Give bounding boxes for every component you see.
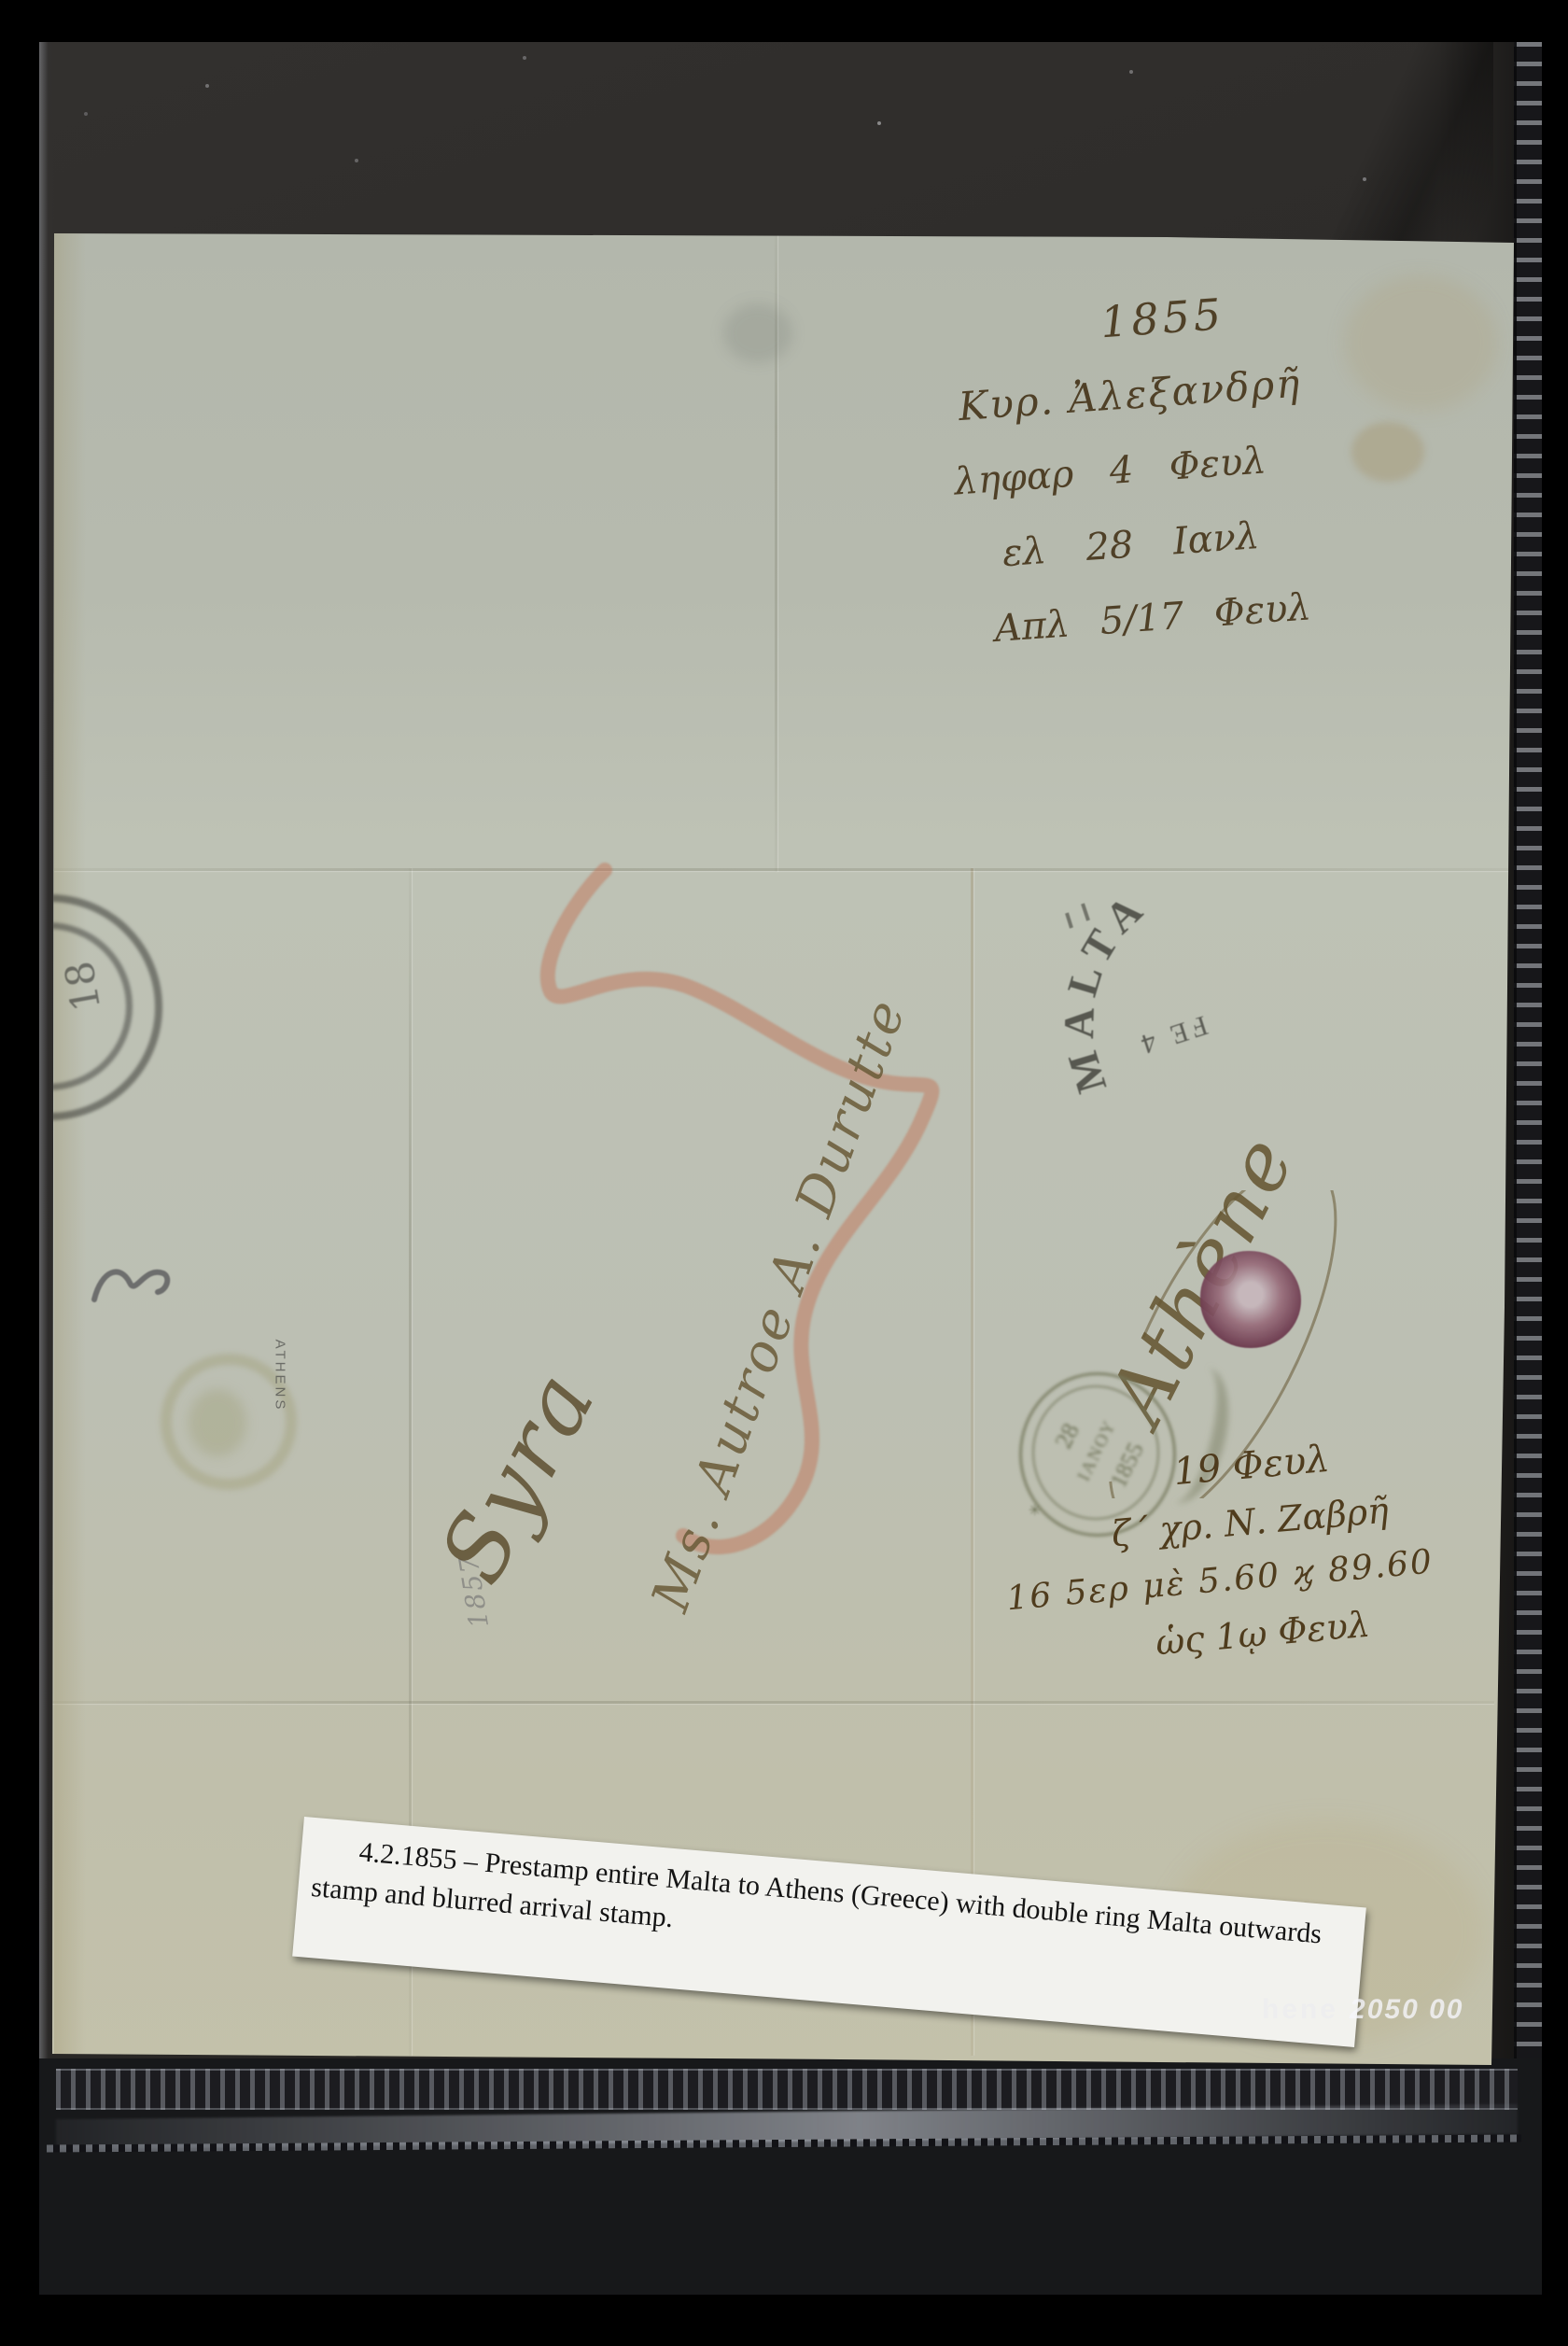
album-photo: 1855 Κυρ. Ἀλεξανδρῆ ληφαρ 4 Φευλ ελ 28 Ι… xyxy=(0,0,1568,2346)
sleeve-weld-seam-bottom xyxy=(56,2069,1518,2110)
photo-border-right xyxy=(1542,0,1568,2346)
malta-stamp-text: MALTA xyxy=(1055,885,1157,1099)
svg-text:MALTA: MALTA xyxy=(1055,885,1157,1099)
watermark-number: 2050 00 xyxy=(1350,1994,1463,2025)
sleeve-weld-seam-right xyxy=(1514,42,1545,2161)
photo-border-left xyxy=(0,0,39,2346)
photo-border-bottom xyxy=(0,2295,1568,2346)
photo-watermark: hene2050 00 xyxy=(1262,1994,1463,2026)
wax-seal xyxy=(1200,1251,1301,1348)
malta-stamp-date: FE 4 xyxy=(1133,1009,1211,1061)
malta-outwards-stamp: MALTA FE 4 xyxy=(1053,885,1249,1128)
watermark-word: hene xyxy=(1262,1994,1338,2025)
photo-border-top xyxy=(0,0,1568,42)
sleeve-left-edge-highlight xyxy=(39,42,54,2297)
greek-accountancy-note: 19 Φευλ ζ΄ χρ. Ν. Ζαβρῆ 16 5ερ μὲ 5.60 ϗ… xyxy=(995,1416,1517,1683)
